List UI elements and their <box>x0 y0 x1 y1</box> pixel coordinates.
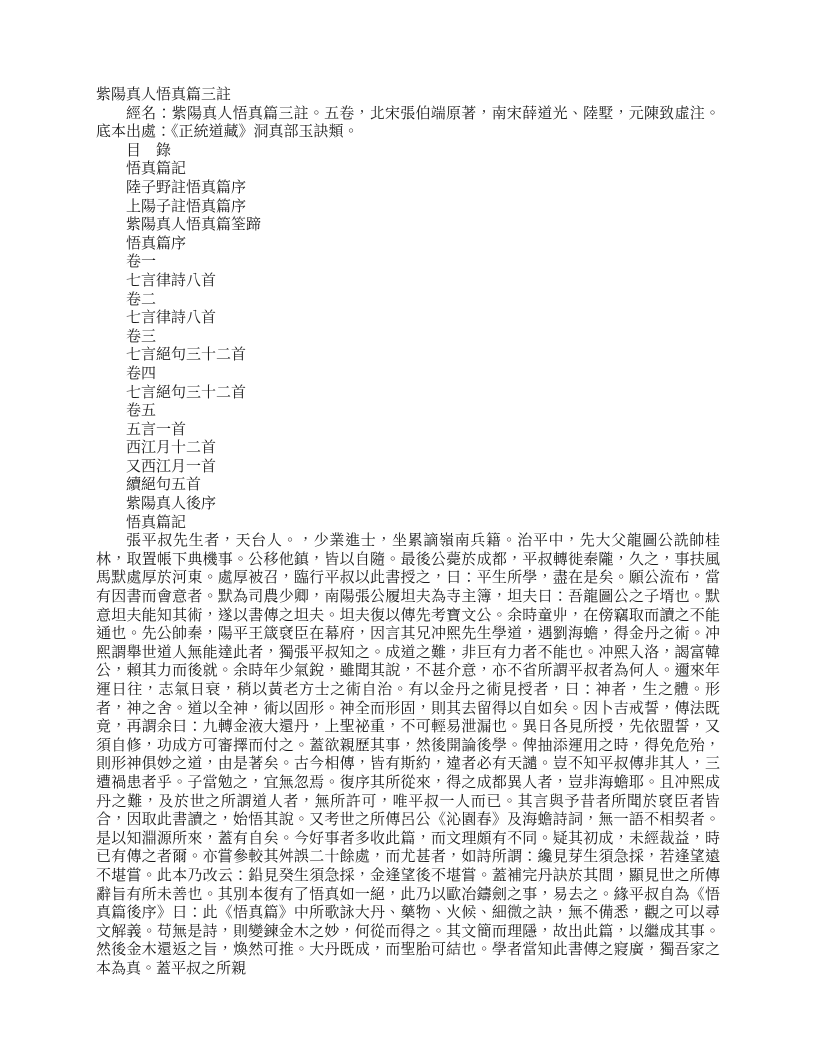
toc-item: 卷一 <box>96 253 720 272</box>
document-page: 紫陽真人悟真篇三註 經名：紫陽真人悟真篇三註。五卷，北宋張伯端原著，南宋薛道光、… <box>0 0 816 1056</box>
toc-item: 七言律詩八首 <box>96 272 720 291</box>
toc-item: 悟真篇記 <box>96 160 720 179</box>
body-paragraph: 張平叔先生者，天台人。，少業進士，坐累謫嶺南兵籍。治平中，先大父龍圖公詵帥桂林，… <box>96 532 720 978</box>
toc-item: 卷四 <box>96 365 720 384</box>
toc-item: 紫陽真人後序 <box>96 495 720 514</box>
toc-item: 卷二 <box>96 291 720 310</box>
toc-item: 七言絕句三十二首 <box>96 346 720 365</box>
colophon: 經名：紫陽真人悟真篇三註。五卷，北宋張伯端原著，南宋薛道光、陸墅，元陳致虛注。底… <box>96 105 720 142</box>
toc-item: 七言絕句三十二首 <box>96 384 720 403</box>
toc-item: 續絕句五首 <box>96 476 720 495</box>
toc-item: 七言律詩八首 <box>96 309 720 328</box>
page-title: 紫陽真人悟真篇三註 <box>96 86 720 105</box>
toc-item: 陸子野註悟真篇序 <box>96 179 720 198</box>
section-heading: 悟真篇記 <box>96 514 720 533</box>
toc-item: 卷三 <box>96 328 720 347</box>
toc-item: 上陽子註悟真篇序 <box>96 198 720 217</box>
toc-item: 紫陽真人悟真篇筌蹄 <box>96 216 720 235</box>
toc-item: 又西江月一首 <box>96 458 720 477</box>
toc-item: 悟真篇序 <box>96 235 720 254</box>
toc-item: 西江月十二首 <box>96 439 720 458</box>
toc-heading: 目 錄 <box>96 142 720 161</box>
toc-item: 五言一首 <box>96 421 720 440</box>
toc-item: 卷五 <box>96 402 720 421</box>
